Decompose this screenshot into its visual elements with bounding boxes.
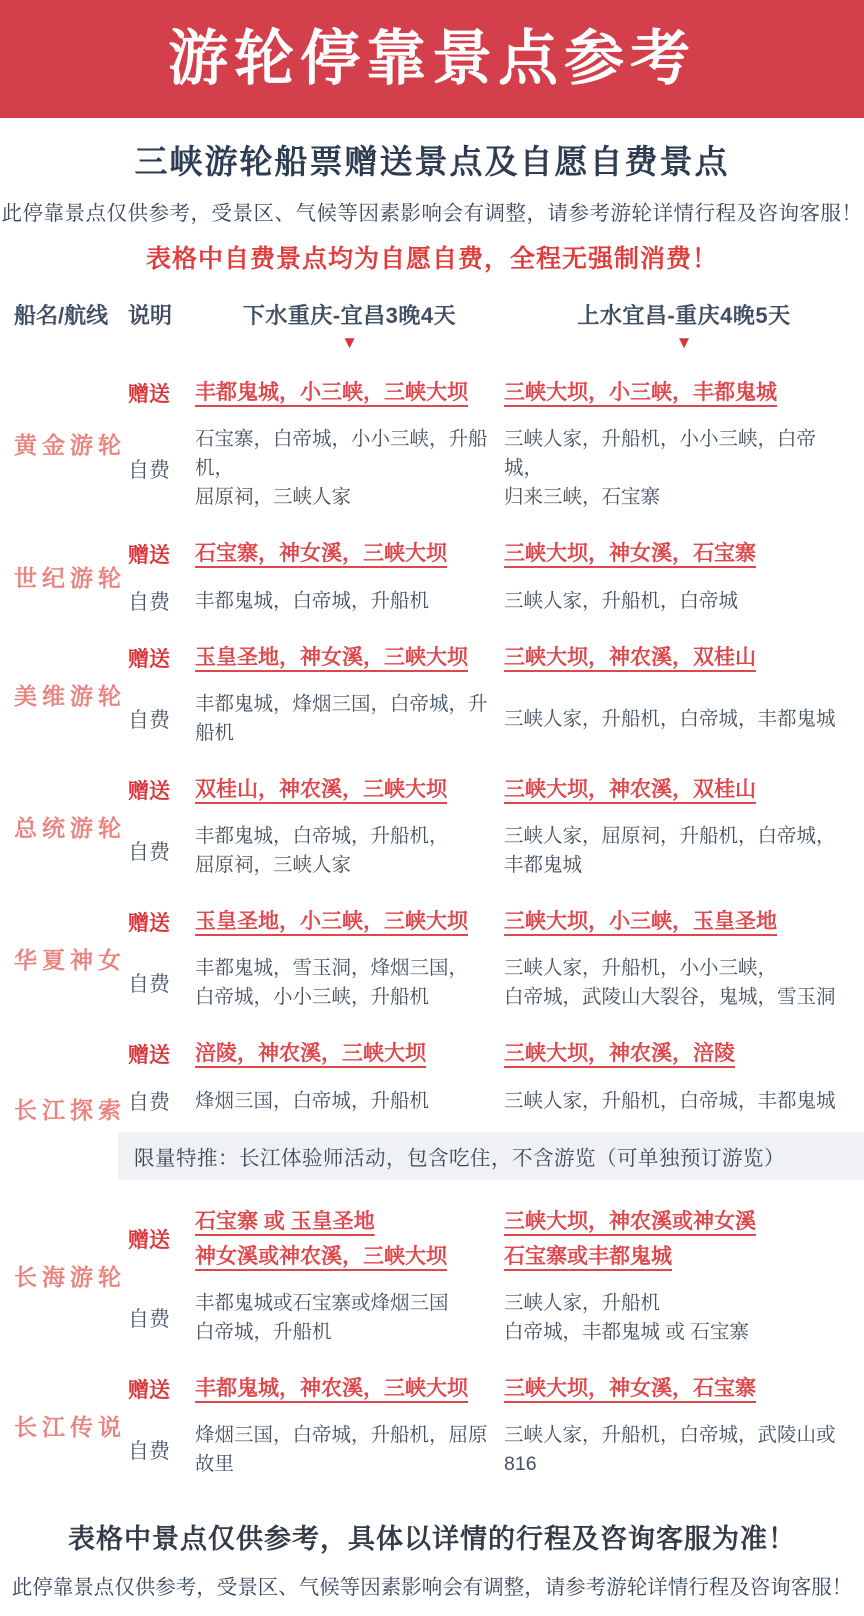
header-banner: 游轮停靠景点参考 [0, 0, 864, 118]
table-row: 黄金游轮 赠送 丰都鬼城，小三峡，三峡大坝 三峡大坝，小三峡，丰都鬼城 自费 石… [0, 375, 864, 512]
header-downstream-column: 下水重庆-宜昌3晚4天 [195, 299, 504, 330]
gift-upstream: 三峡大坝，神农溪或神女溪 石宝寨或丰都鬼城 [504, 1204, 864, 1274]
gift-upstream: 三峡大坝，小三峡，玉皇圣地 [504, 904, 864, 939]
gift-downstream: 石宝寨，神女溪，三峡大坝 [195, 536, 504, 571]
paid-downstream: 丰都鬼城，白帝城，升船机， 屈原祠，三峡人家 [195, 822, 504, 880]
paid-upstream: 三峡人家，升船机，白帝城，丰都鬼城 [504, 705, 864, 734]
paid-upstream: 三峡人家，升船机，白帝城，武陵山或816 [504, 1421, 864, 1479]
gift-entry: 赠送 石宝寨 或 玉皇圣地 神女溪或神农溪，三峡大坝 三峡大坝，神农溪或神女溪 … [128, 1204, 864, 1274]
footer-disclaimer: 此停靠景点仅供参考，受景区、气候等因素影响会有调整，请参考游轮详情行程及咨询客服… [0, 1570, 864, 1600]
table-row: 世纪游轮 赠送 石宝寨，神女溪，三峡大坝 三峡大坝，神女溪，石宝寨 自费 丰都鬼… [0, 536, 864, 616]
paid-label: 自费 [128, 1303, 195, 1333]
gift-downstream: 丰都鬼城，神农溪，三峡大坝 [195, 1371, 504, 1406]
no-forced-consumption-warning: 表格中自费景点均为自愿自费，全程无强制消费！ [0, 239, 864, 275]
header-ship-column: 船名/航线 [0, 299, 128, 330]
paid-entry: 自费 烽烟三国，白帝城，升船机，屈原故里 三峡人家，升船机，白帝城，武陵山或81… [128, 1421, 864, 1479]
paid-entry: 自费 丰都鬼城，白帝城，升船机， 屈原祠，三峡人家 三峡人家，屈原祠，升船机，白… [128, 822, 864, 880]
ship-name: 长江传说 [0, 1409, 128, 1442]
paid-label: 自费 [128, 836, 195, 866]
paid-downstream: 烽烟三国，白帝城，升船机，屈原故里 [195, 1421, 504, 1479]
table-row: 总统游轮 赠送 双桂山，神农溪，三峡大坝 三峡大坝，神农溪，双桂山 自费 丰都鬼… [0, 772, 864, 880]
ship-name: 美维游轮 [0, 678, 128, 711]
gift-upstream: 三峡大坝，神农溪，涪陵 [504, 1036, 864, 1071]
paid-downstream: 丰都鬼城，雪玉洞，烽烟三国， 白帝城，小小三峡，升船机 [195, 954, 504, 1012]
paid-label: 自费 [128, 1435, 195, 1465]
gift-downstream: 双桂山，神农溪，三峡大坝 [195, 772, 504, 807]
gift-upstream: 三峡大坝，神农溪，双桂山 [504, 772, 864, 807]
paid-label: 自费 [128, 968, 195, 998]
paid-downstream: 丰都鬼城，烽烟三国，白帝城，升船机 [195, 690, 504, 748]
gift-downstream: 丰都鬼城，小三峡，三峡大坝 [195, 375, 504, 410]
footer-bold-note: 表格中景点仅供参考，具体以详情的行程及咨询客服为准！ [0, 1517, 864, 1556]
paid-upstream: 三峡人家，升船机，小小三峡，白帝城， 归来三峡，石宝寨 [504, 425, 864, 512]
gift-label: 赠送 [128, 775, 195, 805]
paid-label: 自费 [128, 586, 195, 616]
triangle-row: ▼ ▼ [0, 334, 864, 351]
header-note-column: 说明 [128, 299, 195, 330]
paid-downstream: 石宝寨，白帝城，小小三峡，升船机， 屈原祠，三峡人家 [195, 425, 504, 512]
paid-upstream: 三峡人家，升船机 白帝城，丰都鬼城 或 石宝寨 [504, 1289, 864, 1347]
gift-label: 赠送 [128, 1039, 195, 1069]
gift-label: 赠送 [128, 907, 195, 937]
ship-name: 总统游轮 [0, 810, 128, 843]
table-row: 华夏神女 赠送 玉皇圣地，小三峡，三峡大坝 三峡大坝，小三峡，玉皇圣地 自费 丰… [0, 904, 864, 1012]
gift-entry: 赠送 玉皇圣地，小三峡，三峡大坝 三峡大坝，小三峡，玉皇圣地 [128, 904, 864, 939]
cruise-table: 船名/航线 说明 下水重庆-宜昌3晚4天 上水宜昌-重庆4晚5天 ▼ ▼ 黄金游… [0, 299, 864, 1479]
paid-upstream: 三峡人家，升船机，白帝城，丰都鬼城 [504, 1087, 864, 1116]
table-row: 长江传说 赠送 丰都鬼城，神农溪，三峡大坝 三峡大坝，神女溪，石宝寨 自费 烽烟… [0, 1371, 864, 1479]
triangle-down-icon: ▼ [195, 334, 504, 351]
paid-upstream: 三峡人家，屈原祠，升船机，白帝城，丰都鬼城 [504, 822, 864, 880]
table-row: 长江探索 赠送 涪陵，神农溪，三峡大坝 三峡大坝，神农溪，涪陵 自费 烽烟三国，… [0, 1036, 864, 1180]
gift-downstream: 玉皇圣地，小三峡，三峡大坝 [195, 904, 504, 939]
gift-downstream: 涪陵，神农溪，三峡大坝 [195, 1036, 504, 1071]
paid-upstream: 三峡人家，升船机，白帝城 [504, 587, 864, 616]
gift-label: 赠送 [128, 643, 195, 673]
gift-entry: 赠送 双桂山，神农溪，三峡大坝 三峡大坝，神农溪，双桂山 [128, 772, 864, 807]
gift-downstream: 石宝寨 或 玉皇圣地 神女溪或神农溪，三峡大坝 [195, 1204, 504, 1274]
gift-entry: 赠送 玉皇圣地，神女溪，三峡大坝 三峡大坝，神农溪，双桂山 [128, 640, 864, 675]
gift-entry: 赠送 石宝寨，神女溪，三峡大坝 三峡大坝，神女溪，石宝寨 [128, 536, 864, 571]
page-title: 游轮停靠景点参考 [168, 29, 696, 89]
gift-upstream: 三峡大坝，小三峡，丰都鬼城 [504, 375, 864, 410]
paid-entry: 自费 丰都鬼城，白帝城，升船机 三峡人家，升船机，白帝城 [128, 586, 864, 616]
paid-upstream: 三峡人家，升船机，小小三峡， 白帝城，武陵山大裂谷，鬼城，雪玉洞 [504, 954, 864, 1012]
intro-section: 三峡游轮船票赠送景点及自愿自费景点 此停靠景点仅供参考，受景区、气候等因素影响会… [0, 118, 864, 275]
gift-label: 赠送 [128, 1224, 195, 1254]
gift-upstream: 三峡大坝，神女溪，石宝寨 [504, 536, 864, 571]
paid-label: 自费 [128, 454, 195, 484]
limited-promo-note: 限量特推：长江体验师活动，包含吃住，不含游览（可单独预订游览） [118, 1132, 864, 1180]
gift-label: 赠送 [128, 378, 195, 408]
gift-label: 赠送 [128, 1374, 195, 1404]
subtitle: 三峡游轮船票赠送景点及自愿自费景点 [0, 136, 864, 183]
gift-downstream: 玉皇圣地，神女溪，三峡大坝 [195, 640, 504, 675]
footer-section: 表格中景点仅供参考，具体以详情的行程及咨询客服为准！ 此停靠景点仅供参考，受景区… [0, 1517, 864, 1616]
gift-entry: 赠送 丰都鬼城，小三峡，三峡大坝 三峡大坝，小三峡，丰都鬼城 [128, 375, 864, 410]
ship-name: 黄金游轮 [0, 427, 128, 460]
table-row: 美维游轮 赠送 玉皇圣地，神女溪，三峡大坝 三峡大坝，神农溪，双桂山 自费 丰都… [0, 640, 864, 748]
paid-downstream: 烽烟三国，白帝城，升船机 [195, 1087, 504, 1116]
paid-downstream: 丰都鬼城或石宝寨或烽烟三国 白帝城，升船机 [195, 1289, 504, 1347]
triangle-down-icon: ▼ [504, 334, 864, 351]
ship-name: 世纪游轮 [0, 560, 128, 593]
table-header-row: 船名/航线 说明 下水重庆-宜昌3晚4天 上水宜昌-重庆4晚5天 [0, 299, 864, 330]
ship-name: 长江探索 [0, 1092, 128, 1125]
gift-entry: 赠送 涪陵，神农溪，三峡大坝 三峡大坝，神农溪，涪陵 [128, 1036, 864, 1071]
top-disclaimer: 此停靠景点仅供参考，受景区、气候等因素影响会有调整，请参考游轮详情行程及咨询客服… [0, 196, 864, 226]
ship-name: 华夏神女 [0, 942, 128, 975]
gift-upstream: 三峡大坝，神农溪，双桂山 [504, 640, 864, 675]
paid-entry: 自费 丰都鬼城，烽烟三国，白帝城，升船机 三峡人家，升船机，白帝城，丰都鬼城 [128, 690, 864, 748]
paid-entry: 自费 石宝寨，白帝城，小小三峡，升船机， 屈原祠，三峡人家 三峡人家，升船机，小… [128, 425, 864, 512]
gift-entry: 赠送 丰都鬼城，神农溪，三峡大坝 三峡大坝，神女溪，石宝寨 [128, 1371, 864, 1406]
paid-entry: 自费 丰都鬼城，雪玉洞，烽烟三国， 白帝城，小小三峡，升船机 三峡人家，升船机，… [128, 954, 864, 1012]
gift-label: 赠送 [128, 539, 195, 569]
paid-entry: 自费 烽烟三国，白帝城，升船机 三峡人家，升船机，白帝城，丰都鬼城 [128, 1086, 864, 1116]
paid-label: 自费 [128, 1086, 195, 1116]
ship-name: 长海游轮 [0, 1259, 128, 1292]
paid-entry: 自费 丰都鬼城或石宝寨或烽烟三国 白帝城，升船机 三峡人家，升船机 白帝城，丰都… [128, 1289, 864, 1347]
paid-downstream: 丰都鬼城，白帝城，升船机 [195, 587, 504, 616]
header-upstream-column: 上水宜昌-重庆4晚5天 [504, 299, 864, 330]
gift-upstream: 三峡大坝，神女溪，石宝寨 [504, 1371, 864, 1406]
table-row: 长海游轮 赠送 石宝寨 或 玉皇圣地 神女溪或神农溪，三峡大坝 三峡大坝，神农溪… [0, 1204, 864, 1347]
paid-label: 自费 [128, 704, 195, 734]
